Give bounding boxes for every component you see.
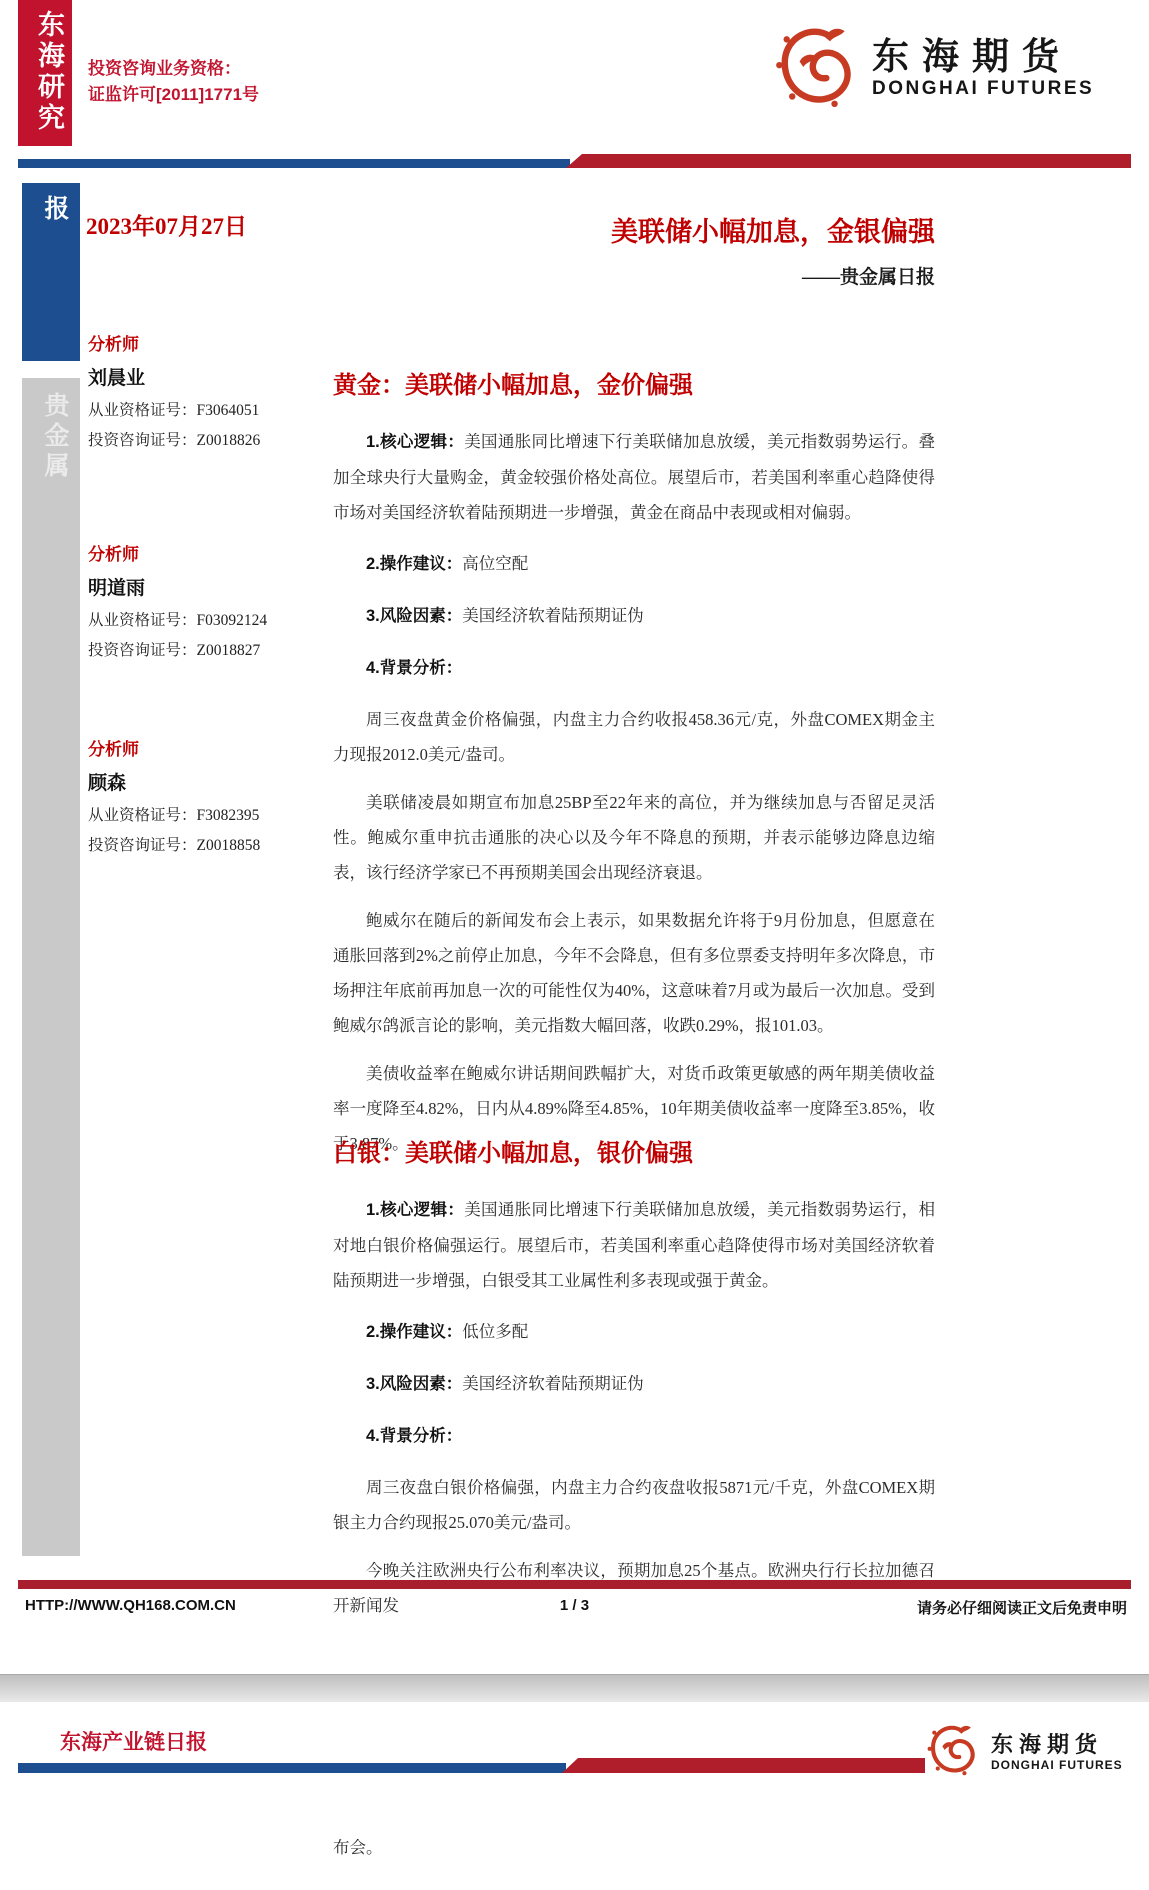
subcategory-text: 贵金属 bbox=[37, 392, 73, 482]
logo-name-en: DONGHAI FUTURES bbox=[991, 1757, 1123, 1773]
gold-advice-text: 高位空配 bbox=[462, 554, 528, 573]
research-tag-text: 东海研究 bbox=[30, 10, 69, 134]
silver-core-logic: 1.核心逻辑：美国通胀同比增速下行美联储加息放缓，美元指数弱势运行，相对地白银价… bbox=[333, 1192, 935, 1298]
analyst-card: 分析师 刘晨业 从业资格证号：F3064051 投资咨询证号：Z0018826 bbox=[88, 330, 323, 456]
gold-advice-label: 2.操作建议： bbox=[366, 555, 462, 573]
divider-blue-segment bbox=[18, 159, 570, 168]
subcategory-block: 贵金属 bbox=[22, 378, 80, 1556]
analyst-card: 分析师 顾森 从业资格证号：F3082395 投资咨询证号：Z0018858 bbox=[88, 735, 323, 861]
silver-risk-text: 美国经济软着陆预期证伪 bbox=[462, 1374, 644, 1393]
logo-name-cn: 东海期货 bbox=[872, 37, 1094, 77]
analyst-advisory-cert: 投资咨询证号：Z0018827 bbox=[88, 636, 323, 666]
silver-advice-label: 2.操作建议： bbox=[366, 1323, 462, 1341]
gold-advice: 2.操作建议：高位空配 bbox=[333, 546, 935, 582]
gold-risk-text: 美国经济软着陆预期证伪 bbox=[462, 606, 644, 625]
analyst-card: 分析师 明道雨 从业资格证号：F03092124 投资咨询证号：Z0018827 bbox=[88, 540, 323, 666]
analyst-role: 分析师 bbox=[88, 540, 323, 565]
report-date: 2023年07月27日 bbox=[86, 208, 247, 241]
header-divider bbox=[18, 154, 1131, 169]
silver-risk-label: 3.风险因素： bbox=[366, 1375, 462, 1393]
research-tag-block: 东海研究 bbox=[18, 0, 72, 146]
analyst-name: 顾森 bbox=[88, 768, 323, 795]
analyst-practice-cert: 从业资格证号：F3082395 bbox=[88, 801, 323, 831]
silver-advice: 2.操作建议：低位多配 bbox=[333, 1314, 935, 1350]
silver-background-label-row: 4.背景分析： bbox=[333, 1418, 935, 1454]
logo-name-cn: 东海期货 bbox=[991, 1732, 1123, 1757]
divider-red-segment bbox=[566, 154, 1131, 168]
analyst-practice-cert: 从业资格证号：F03092124 bbox=[88, 606, 323, 636]
gold-risk-label: 3.风险因素： bbox=[366, 607, 462, 625]
divider-blue-segment bbox=[18, 1763, 566, 1773]
silver-section: 白银：美联储小幅加息，银价偏强 1.核心逻辑：美国通胀同比增速下行美联储加息放缓… bbox=[333, 1140, 935, 1636]
analyst-name: 刘晨业 bbox=[88, 363, 323, 390]
footer-bar bbox=[18, 1580, 1131, 1589]
silver-advice-text: 低位多配 bbox=[462, 1322, 528, 1341]
silver-risk: 3.风险因素：美国经济软着陆预期证伪 bbox=[333, 1366, 935, 1402]
analyst-practice-cert: 从业资格证号：F3064051 bbox=[88, 396, 323, 426]
report-subtitle: ——贵金属日报 bbox=[333, 262, 935, 289]
gold-core-logic-label: 1.核心逻辑： bbox=[366, 433, 464, 451]
logo-text: 东海期货 DONGHAI FUTURES bbox=[872, 37, 1094, 101]
silver-paragraph: 周三夜盘白银价格偏强，内盘主力合约夜盘收报5871元/千克，外盘COMEX期银主… bbox=[333, 1470, 935, 1540]
disclaimer-note: 请务必仔细阅读正文后免责申明 bbox=[917, 1597, 1127, 1618]
logo-name-en: DONGHAI FUTURES bbox=[872, 77, 1094, 101]
silver-section-heading: 白银：美联储小幅加息，银价偏强 bbox=[333, 1140, 935, 1168]
gold-core-logic: 1.核心逻辑：美国通胀同比增速下行美联储加息放缓，美元指数弱势运行。叠加全球央行… bbox=[333, 424, 935, 530]
gold-paragraph: 美联储凌晨如期宣布加息25BP至22年来的高位，并为继续加息与否留足灵活性。鲍威… bbox=[333, 785, 935, 890]
footer: 1 / 3 HTTP://WWW.QH168.COM.CN 请务必仔细阅读正文后… bbox=[18, 1597, 1131, 1621]
page2-continuation-text: 布会。 bbox=[333, 1834, 383, 1858]
page2-header-title: 东海产业链日报 bbox=[60, 1726, 207, 1756]
gold-risk: 3.风险因素：美国经济软着陆预期证伪 bbox=[333, 598, 935, 634]
qualification-line1: 投资咨询业务资格： bbox=[88, 56, 259, 82]
page-separator bbox=[0, 1674, 1149, 1702]
website-url[interactable]: HTTP://WWW.QH168.COM.CN bbox=[25, 1597, 236, 1614]
analyst-advisory-cert: 投资咨询证号：Z0018826 bbox=[88, 426, 323, 456]
analyst-role: 分析师 bbox=[88, 735, 323, 760]
company-logo-page2: 东海期货 DONGHAI FUTURES bbox=[925, 1716, 1135, 1788]
analyst-role: 分析师 bbox=[88, 330, 323, 355]
dragon-logo-icon bbox=[772, 21, 864, 118]
report-page: 东海研究 投资咨询业务资格： 证监许可[2011]1771号 东海期货 DONG… bbox=[0, 0, 1149, 1890]
qualification-line2: 证监许可[2011]1771号 bbox=[88, 82, 259, 108]
analyst-name: 明道雨 bbox=[88, 573, 323, 600]
gold-paragraph: 鲍威尔在随后的新闻发布会上表示，如果数据允许将于9月份加息，但愿意在通胀回落到2… bbox=[333, 903, 935, 1043]
report-title: 美联储小幅加息，金银偏强 bbox=[333, 210, 935, 249]
gold-background-label-row: 4.背景分析： bbox=[333, 650, 935, 686]
gold-paragraph: 周三夜盘黄金价格偏强，内盘主力合约收报458.36元/克，外盘COMEX期金主力… bbox=[333, 702, 935, 772]
gold-section-heading: 黄金：美联储小幅加息，金价偏强 bbox=[333, 372, 935, 400]
dragon-logo-icon bbox=[925, 1721, 983, 1784]
analyst-advisory-cert: 投资咨询证号：Z0018858 bbox=[88, 831, 323, 861]
silver-background-label: 4.背景分析： bbox=[366, 1427, 462, 1445]
logo-text: 东海期货 DONGHAI FUTURES bbox=[991, 1732, 1123, 1773]
gold-section: 黄金：美联储小幅加息，金价偏强 1.核心逻辑：美国通胀同比增速下行美联储加息放缓… bbox=[333, 372, 935, 1174]
category-block: 宏观金融日报 bbox=[22, 183, 80, 361]
silver-core-logic-label: 1.核心逻辑： bbox=[366, 1201, 464, 1219]
gold-background-label: 4.背景分析： bbox=[366, 659, 462, 677]
company-logo: 东海期货 DONGHAI FUTURES bbox=[772, 20, 1128, 118]
qualification-text: 投资咨询业务资格： 证监许可[2011]1771号 bbox=[88, 56, 259, 108]
